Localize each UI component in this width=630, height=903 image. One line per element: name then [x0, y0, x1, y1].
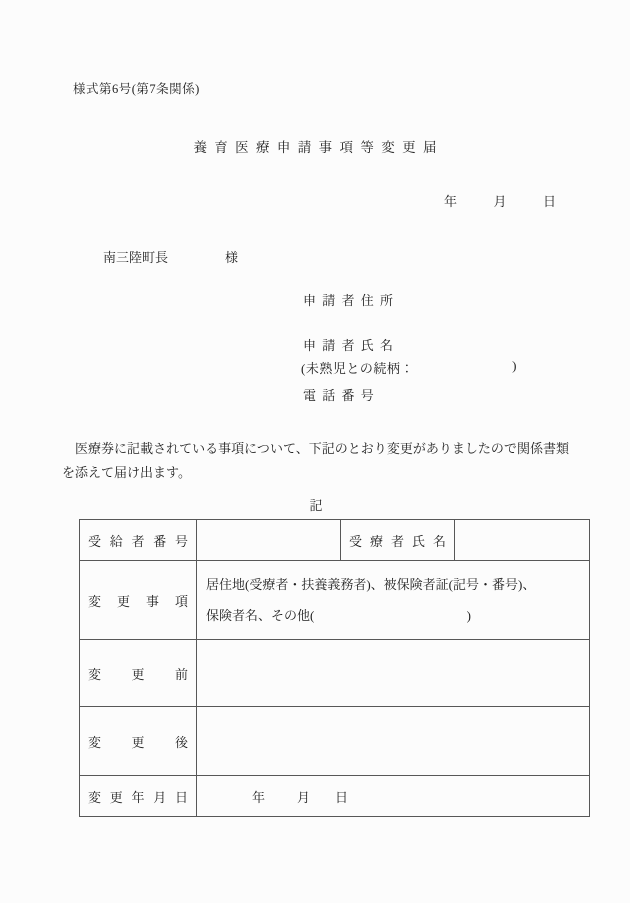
change-form-table: 受 給 者 番 号 受 療 者 氏 名 変 更 事 項 居住地(受療者・扶養義務…	[79, 519, 590, 817]
before-change-value-cell	[197, 640, 590, 707]
change-items-line2: 保険者名、その他( )	[206, 600, 471, 631]
table-row-before-change: 変 更 前	[80, 640, 590, 707]
change-date-day-label: 日	[335, 787, 348, 806]
recipient-number-label: 受 給 者 番 号	[80, 520, 197, 561]
change-date-parts: 年 月 日	[252, 787, 589, 806]
after-change-label: 変 更 後	[80, 707, 197, 776]
change-date-value-cell: 年 月 日	[197, 776, 590, 817]
relationship-open: (未熟児との続柄：	[301, 358, 414, 377]
change-items-label: 変 更 事 項	[80, 561, 197, 640]
date-line: 年 月 日	[444, 191, 556, 210]
relationship-line: (未熟児との続柄： )	[301, 358, 517, 377]
change-date-year-label: 年	[252, 787, 265, 806]
relationship-close-paren: )	[512, 358, 517, 377]
phone-number-label: 電 話 番 号	[303, 385, 375, 404]
applicant-address-label: 申 請 者 住 所	[303, 290, 395, 309]
recipient-number-value-cell	[197, 520, 341, 561]
addressee-name: 南三陸町長	[103, 247, 168, 266]
after-change-value-cell	[197, 707, 590, 776]
date-day-label: 日	[543, 191, 556, 210]
table-row-after-change: 変 更 後	[80, 707, 590, 776]
date-month-label: 月	[493, 191, 506, 210]
addressee-line: 南三陸町長 様	[103, 247, 238, 266]
date-year-label: 年	[444, 191, 457, 210]
change-items-line2-close-paren: )	[467, 600, 471, 631]
table-row-change-date: 変 更 年 月 日 年 月 日	[80, 776, 590, 817]
patient-name-label: 受 療 者 氏 名	[341, 520, 455, 561]
form-page: 様式第6号(第7条関係) 養 育 医 療 申 請 事 項 等 変 更 届 年 月…	[0, 0, 630, 903]
before-change-label: 変 更 前	[80, 640, 197, 707]
change-items-line1: 居住地(受療者・扶養義務者)、被保険者証(記号・番号)、	[206, 569, 580, 600]
page-title: 養 育 医 療 申 請 事 項 等 変 更 届	[79, 136, 553, 156]
change-date-month-label: 月	[297, 787, 310, 806]
patient-name-value-cell	[455, 520, 590, 561]
form-number: 様式第6号(第7条関係)	[73, 79, 200, 97]
ki-label: 記	[79, 495, 553, 514]
change-items-line2-open: 保険者名、その他(	[206, 600, 314, 631]
body-paragraph: 医療券に記載されている事項について、下記のとおり変更がありましたので関係書類を添…	[62, 437, 569, 484]
table-row-recipient: 受 給 者 番 号 受 療 者 氏 名	[80, 520, 590, 561]
table-row-change-items: 変 更 事 項 居住地(受療者・扶養義務者)、被保険者証(記号・番号)、 保険者…	[80, 561, 590, 640]
applicant-name-label: 申 請 者 氏 名	[303, 335, 395, 354]
change-date-label: 変 更 年 月 日	[80, 776, 197, 817]
change-items-value-cell: 居住地(受療者・扶養義務者)、被保険者証(記号・番号)、 保険者名、その他( )	[197, 561, 590, 640]
addressee-honorific: 様	[225, 247, 238, 266]
